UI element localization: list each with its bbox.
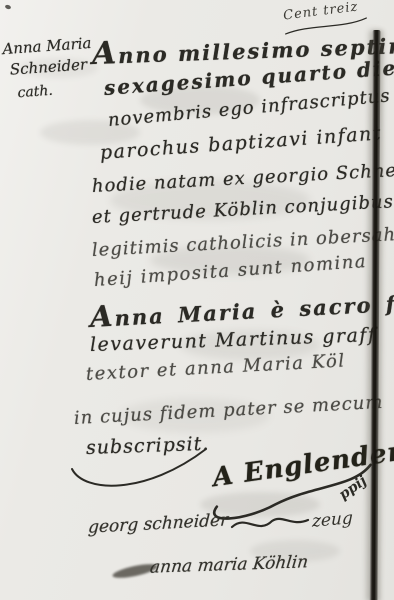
father-mark-scrawl bbox=[226, 511, 314, 537]
margin-note-religion: cath. bbox=[17, 78, 95, 104]
father-signature-suffix: zeug bbox=[312, 508, 353, 532]
manuscript-page: Cent treiz Anna Maria Schneider cath. An… bbox=[0, 0, 394, 600]
body-line-4: parochus baptizavi infant bbox=[99, 122, 382, 164]
father-signature: georg schneider bbox=[88, 510, 229, 537]
book-binding-bar bbox=[370, 30, 381, 600]
margin-note: Anna Maria Schneider cath. bbox=[2, 33, 95, 105]
subscripsit-flourish bbox=[66, 443, 216, 495]
ink-speck bbox=[4, 4, 11, 10]
margin-note-name-line2: Schneider bbox=[9, 54, 93, 81]
godmother-signature: anna maria Köhlin bbox=[149, 552, 309, 578]
